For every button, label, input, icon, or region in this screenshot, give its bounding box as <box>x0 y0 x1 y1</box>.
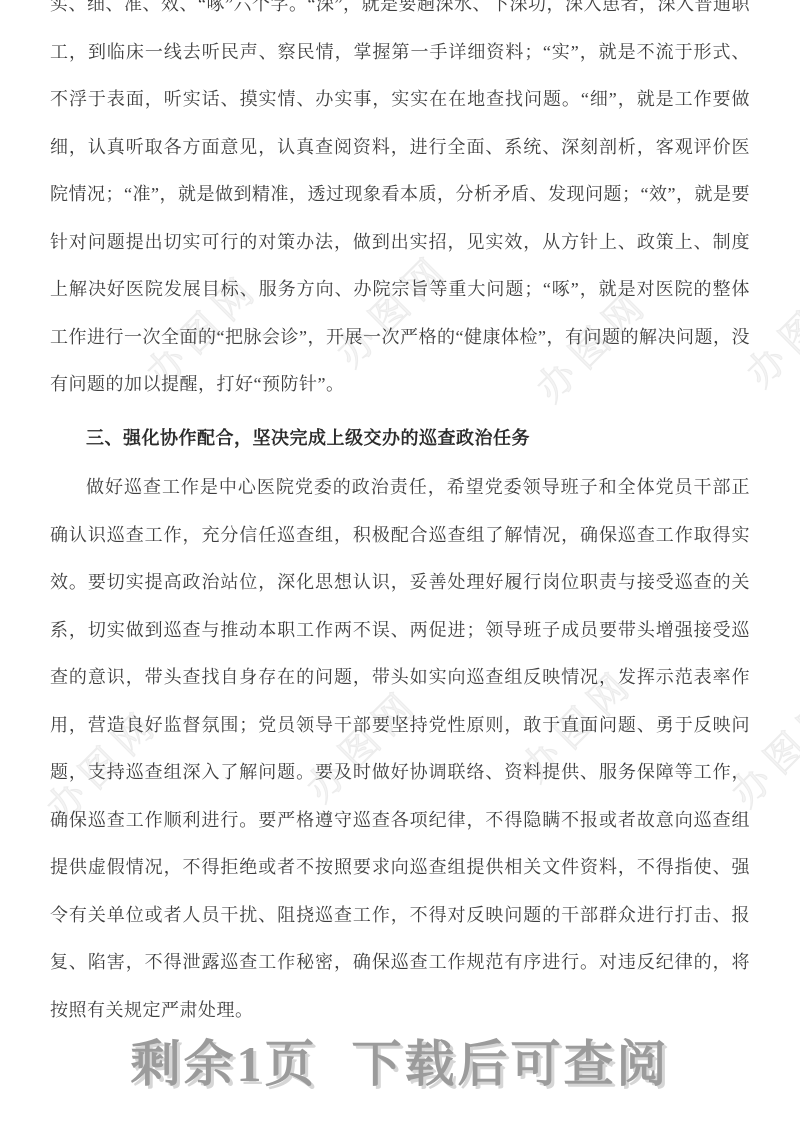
document-body: 实、细、准、效、“啄”六个字。“深”，就是要趟深水、下深功，深入患者，深入普通职… <box>50 0 750 1034</box>
section-heading: 三、强化协作配合，坚决完成上级交办的巡查政治任务 <box>50 415 750 463</box>
paragraph-body: 做好巡查工作是中心医院党委的政治责任，希望党委领导班子和全体党员干部正确认识巡查… <box>50 464 750 1034</box>
document-preview-page: 办图网 办图网 办图网 办图网 办图网 办图网 办图网 办图网 实、细、准、效、… <box>0 0 800 1133</box>
footer-banner: 剩余1页下载后可查阅 <box>0 1024 800 1096</box>
download-hint-label: 下载后可查阅 <box>352 1036 670 1092</box>
paragraph-continuation: 实、细、准、效、“啄”六个字。“深”，就是要趟深水、下深功，深入患者，深入普通职… <box>50 0 750 409</box>
pages-remaining-label: 剩余1页 <box>131 1036 318 1092</box>
